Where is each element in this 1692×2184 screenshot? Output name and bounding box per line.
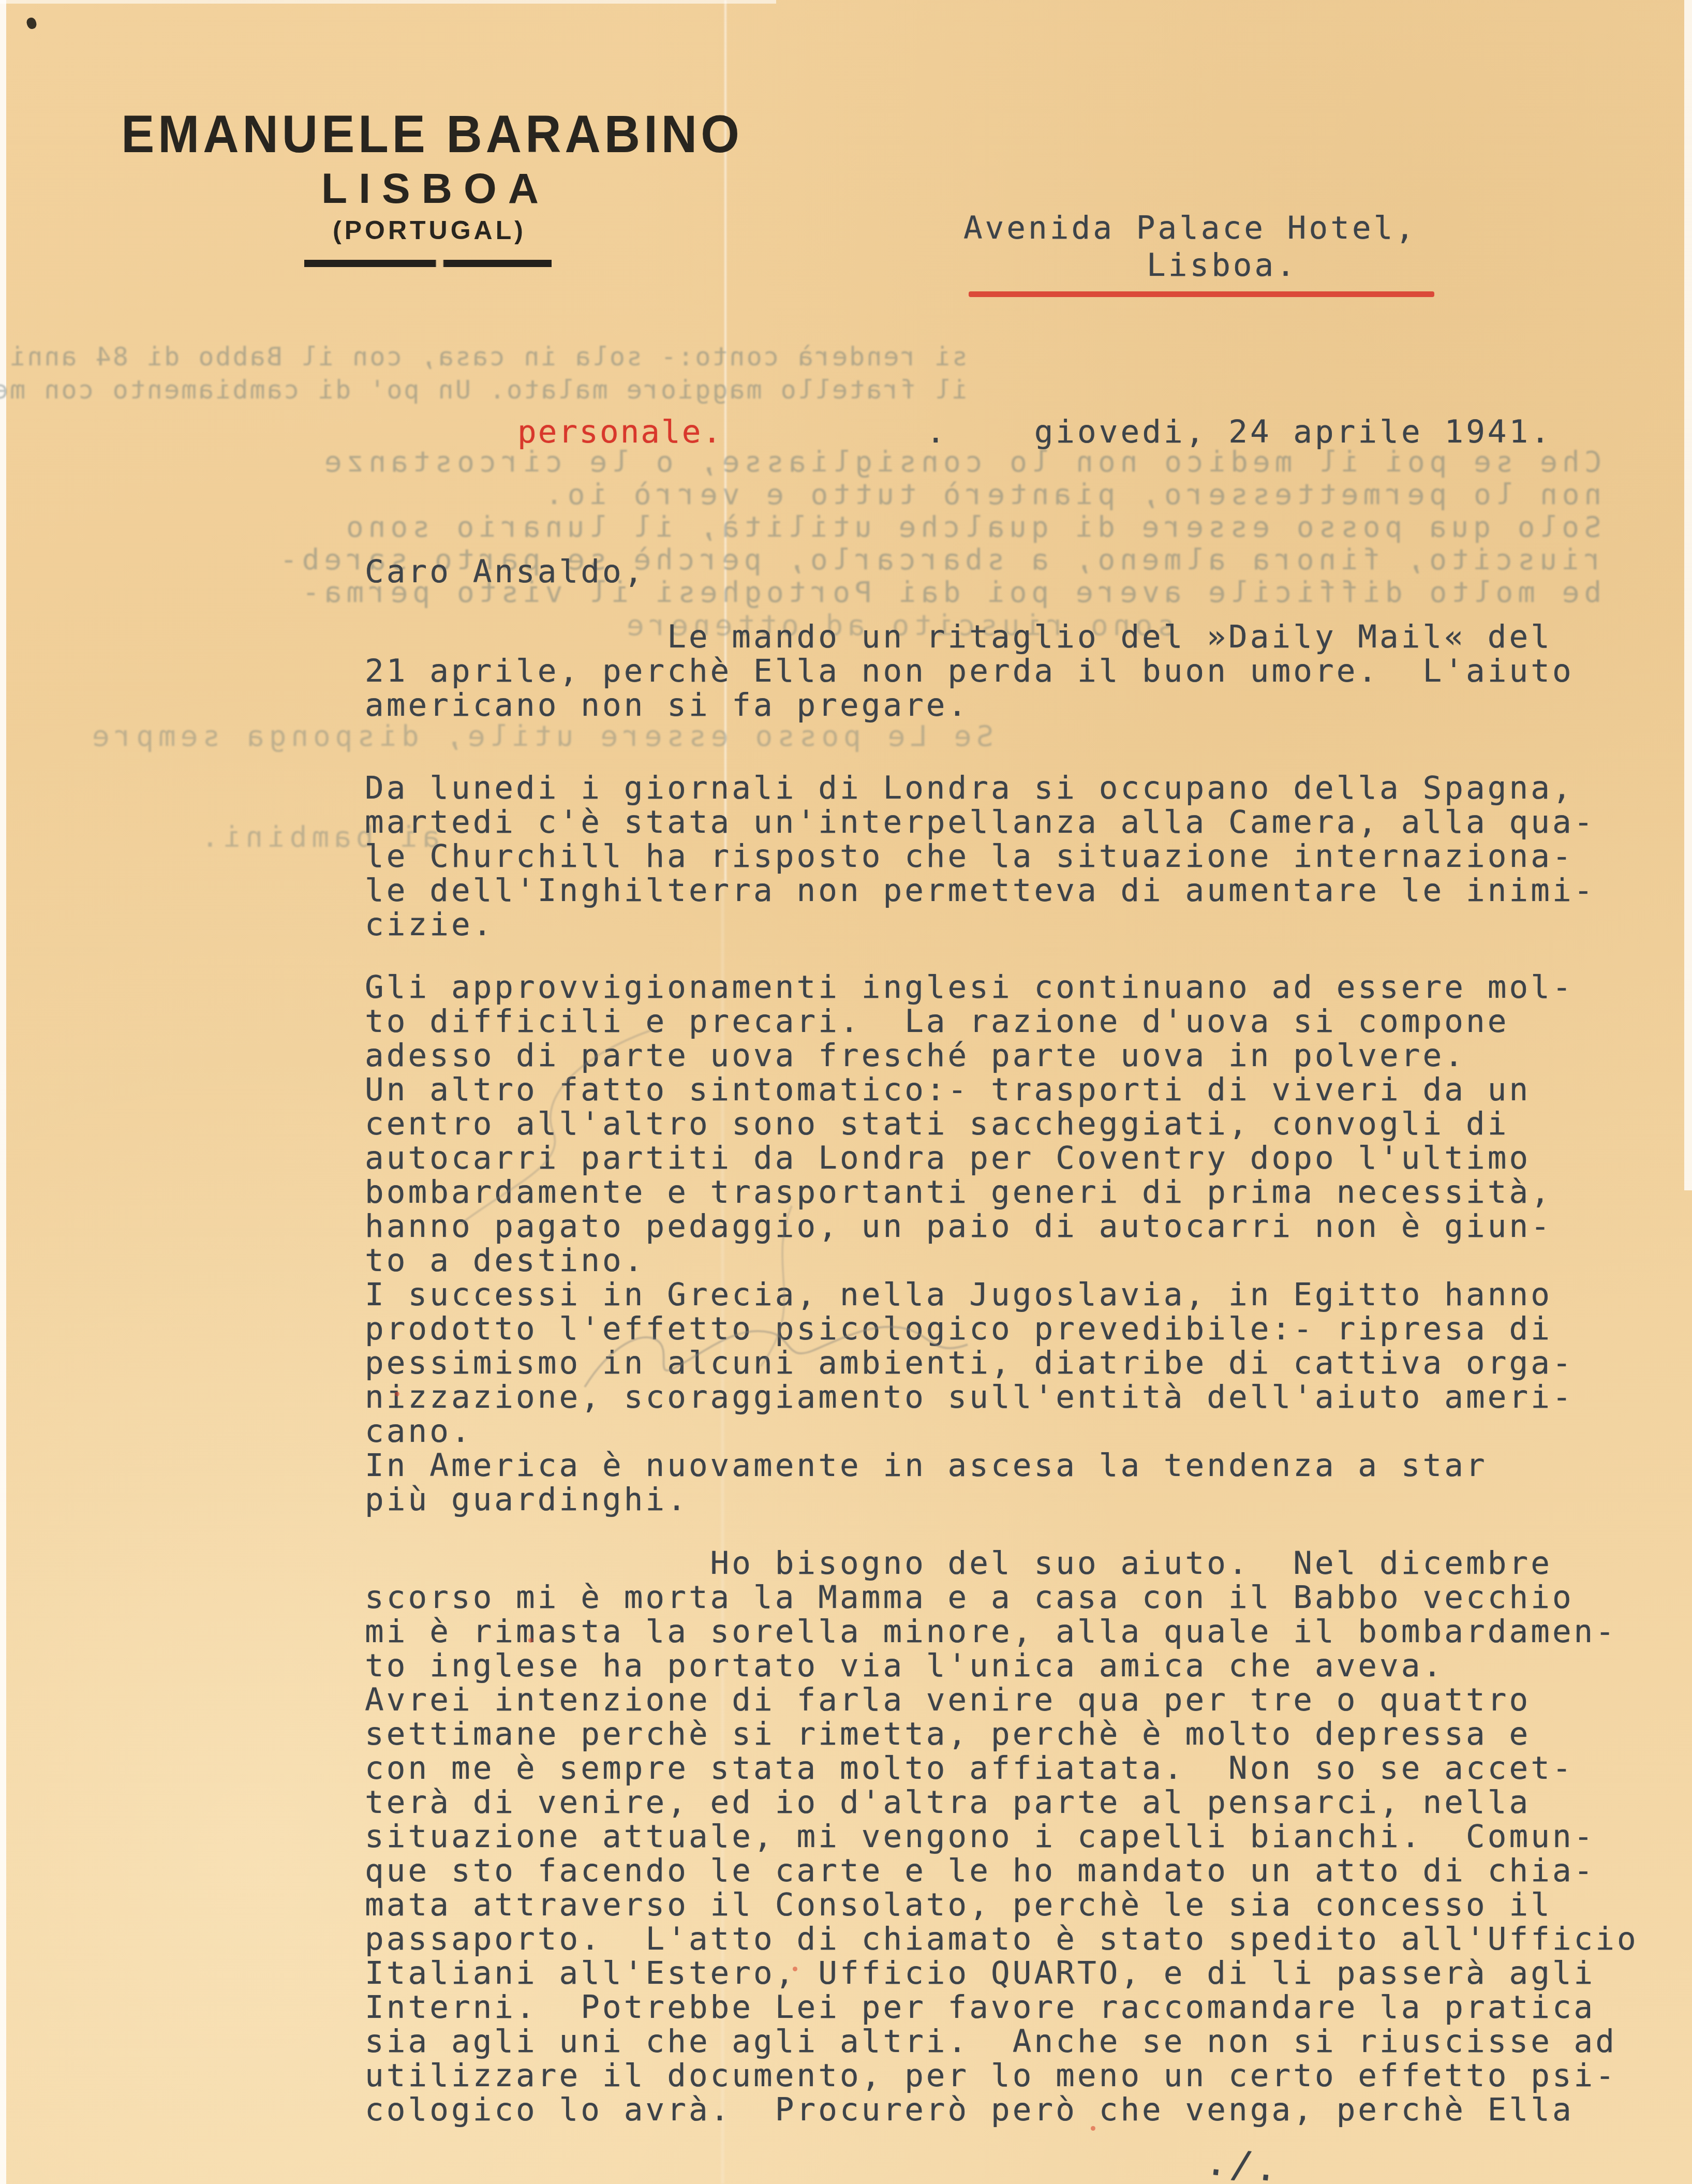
red-underline [969, 291, 1434, 297]
date-line: . giovedi, 24 aprile 1941. [926, 415, 1552, 449]
salutation: Caro Ansaldo, [365, 555, 645, 589]
bleedthrough-line: non lo permettessero, pianterò tutto e v… [541, 478, 1601, 511]
bleedthrough-line: Se Le posso essere utile, disponga sempr… [87, 719, 993, 753]
scanned-letter-page: si renderà conto:- sola in casa, con il … [0, 0, 1692, 2184]
bleedthrough-line: si renderà conto:- sola in casa, con il … [0, 342, 968, 372]
pencil-scrawl-margin [383, 1014, 673, 1237]
classification-label: personale. [517, 415, 723, 449]
paragraph-2: Da lunedi i giornali di Londra si occupa… [365, 771, 1595, 942]
pencil-scrawl-center [740, 1201, 854, 1371]
letterhead-rule [304, 260, 552, 267]
letterhead-city: LISBOA [321, 165, 550, 213]
hotel-address-line2: Lisboa. [1147, 248, 1298, 283]
ink-speck [528, 1638, 533, 1643]
ink-speck [1091, 2126, 1095, 2131]
continuation-mark: ./. [1204, 2144, 1282, 2184]
bleedthrough-line: il fratello maggiore malato. Un po' di c… [0, 375, 968, 405]
letterhead-country: (PORTUGAL) [333, 215, 526, 245]
scan-edge-right [1684, 0, 1692, 1190]
corner-ink-mark [25, 17, 38, 30]
paragraph-4: Ho bisogno del suo aiuto. Nel dicembre s… [365, 1546, 1639, 2127]
paragraph-1: Le mando un ritaglio del »Daily Mail« de… [365, 620, 1574, 722]
letterhead-name: EMANUELE BARABINO [121, 105, 743, 165]
hotel-address-line1: Avenida Palace Hotel, [963, 211, 1417, 245]
bleedthrough-line: Solo qua posso essere di qualche utilità… [342, 510, 1601, 544]
scan-edge-top [0, 0, 776, 4]
scan-edge-left [0, 0, 6, 2184]
ink-speck [395, 1392, 399, 1396]
ink-speck [793, 1967, 797, 1971]
